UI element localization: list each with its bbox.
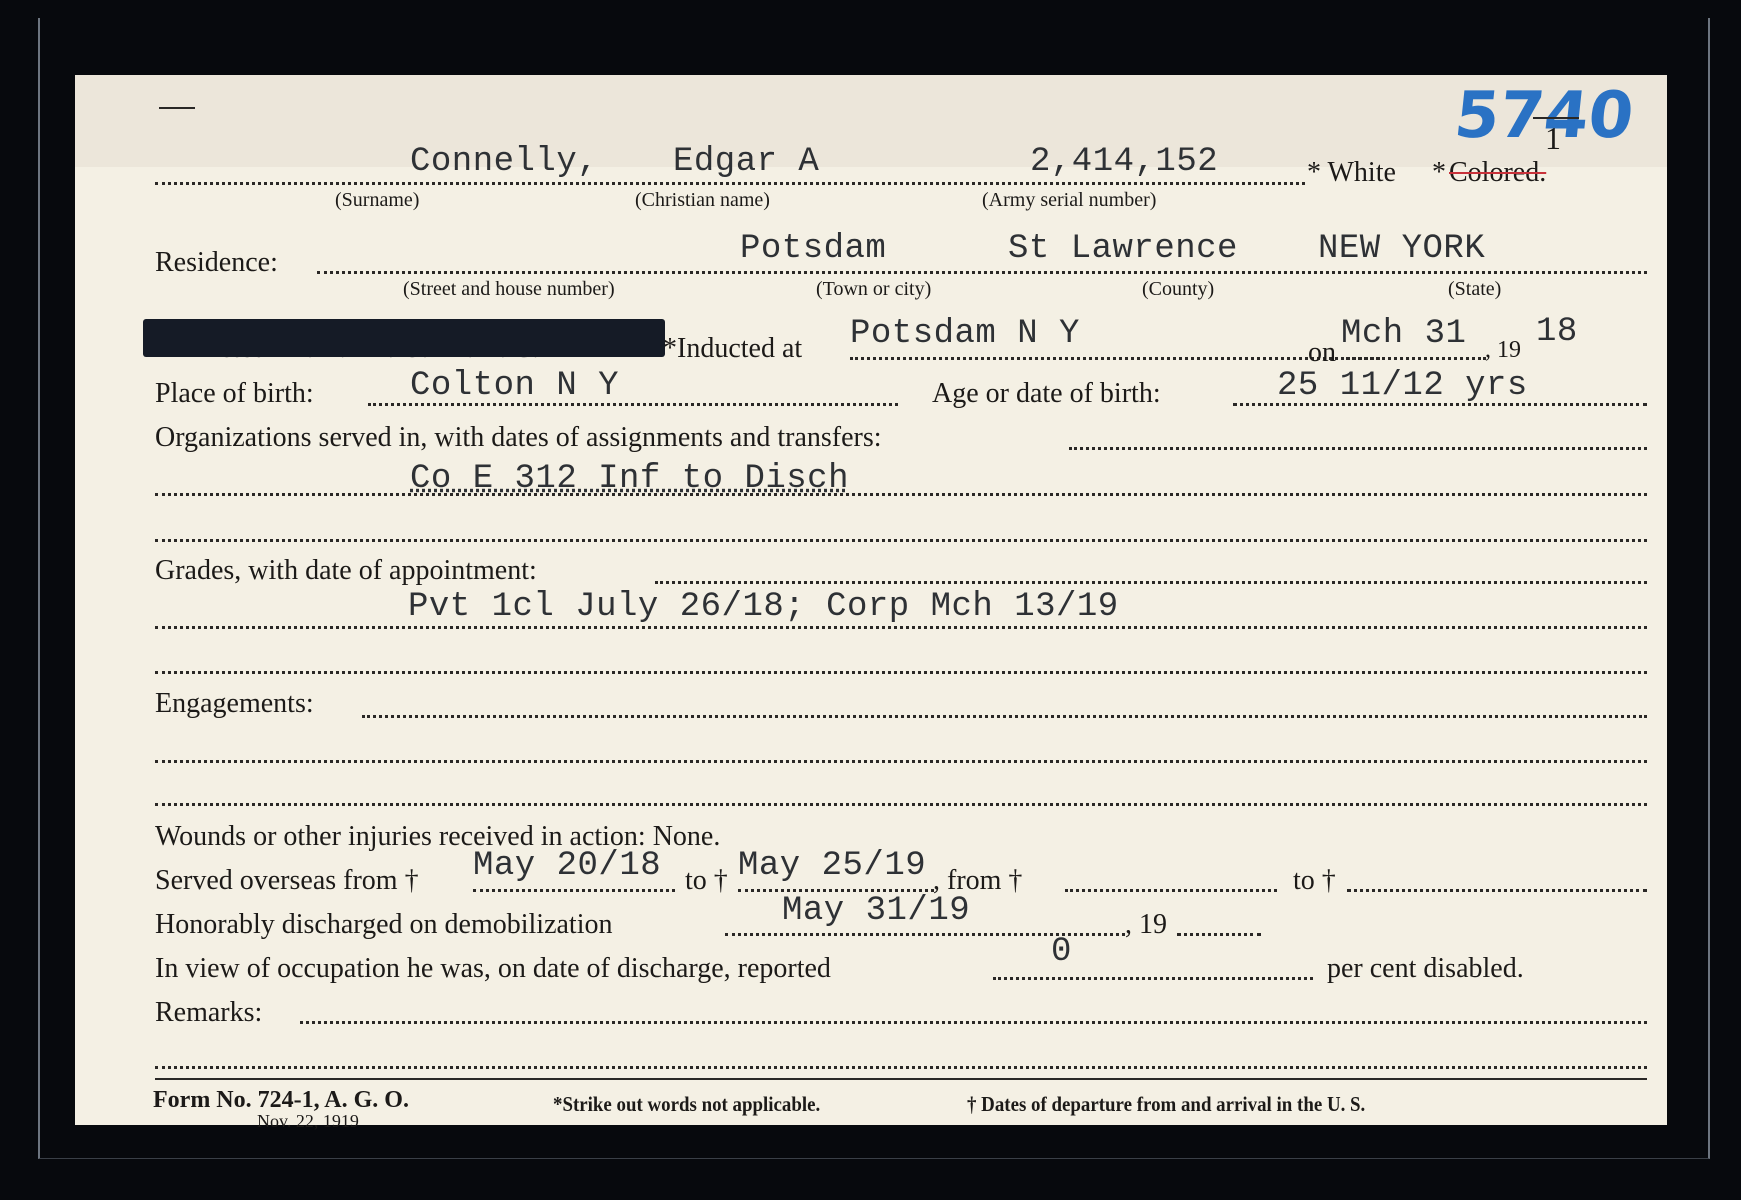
overseas-to2-label: to †	[1293, 865, 1336, 897]
discharge-date-value: May 31/19	[782, 892, 970, 930]
grades-line-3	[155, 671, 1647, 674]
engagements-label: Engagements:	[155, 688, 314, 720]
name-line	[155, 182, 1305, 185]
top-dash-mark	[159, 107, 195, 109]
disability-value: 0	[1051, 933, 1072, 971]
place-of-birth-line	[368, 403, 898, 406]
grades-line-1	[655, 581, 1647, 584]
on-label: on	[1308, 337, 1336, 369]
disability-suffix: per cent disabled.	[1327, 953, 1524, 985]
strike-out-note: *Strike out words not applicable.	[553, 1092, 820, 1117]
surname-value: Connelly,	[410, 143, 598, 181]
inducted-at-label: *Inducted at	[663, 333, 802, 365]
form-number: Form No. 724-1, A. G. O.	[153, 1087, 409, 1114]
disability-line	[993, 977, 1313, 980]
residence-line	[317, 271, 1647, 274]
remarks-line-1	[300, 1021, 1647, 1024]
footer-rule	[155, 1078, 1647, 1080]
inducted-place-value: Potsdam N Y	[850, 315, 1080, 353]
engagements-line-2	[155, 760, 1647, 763]
overseas-to-value: May 25/19	[738, 847, 926, 885]
induction-date-line	[1341, 357, 1486, 360]
organizations-line-2	[155, 493, 1647, 496]
age-label: Age or date of birth:	[932, 378, 1161, 410]
form-date: Nov. 22, 1919	[257, 1111, 359, 1132]
surname-label: (Surname)	[335, 189, 419, 212]
overseas-to2-line	[1347, 889, 1647, 892]
engagements-line-3	[155, 803, 1647, 806]
grades-value: Pvt 1cl July 26/18; Corp Mch 13/19	[408, 588, 1119, 626]
discharge-year-label: , 19	[1125, 909, 1167, 941]
dates-note: † Dates of departure from and arrival in…	[967, 1092, 1365, 1117]
service-record-card: 5740 1 Connelly, Edgar A 2,414,152 * Whi…	[75, 75, 1667, 1125]
place-of-birth-value: Colton N Y	[410, 367, 619, 405]
induction-date-value: Mch 31	[1341, 315, 1466, 353]
discharge-label: Honorably discharged on demobilization	[155, 909, 613, 941]
serial-number-label: (Army serial number)	[982, 189, 1156, 212]
county-label: (County)	[1142, 278, 1214, 301]
state-value: NEW YORK	[1318, 230, 1485, 268]
serial-number-value: 2,414,152	[1030, 143, 1218, 181]
town-value: Potsdam	[740, 230, 886, 268]
organizations-line-3	[155, 539, 1647, 542]
christian-name-label: (Christian name)	[635, 189, 770, 212]
place-of-birth-label: Place of birth:	[155, 378, 314, 410]
overseas-from-line	[473, 889, 675, 892]
remarks-line-2	[155, 1066, 1647, 1069]
colored-label-struck: Colored.	[1449, 157, 1546, 189]
christian-name-value: Edgar A	[673, 143, 819, 181]
age-line	[1233, 403, 1647, 406]
discharge-year-line	[1177, 933, 1261, 936]
grades-line-2	[155, 626, 1647, 629]
state-label: (State)	[1448, 278, 1501, 301]
year-prefix: , 19	[1485, 337, 1521, 364]
engagements-line-1	[362, 715, 1647, 718]
served-overseas-label: Served overseas from †	[155, 865, 419, 897]
corner-fraction: 1	[1545, 120, 1561, 157]
overseas-from-value: May 20/18	[473, 847, 661, 885]
remarks-label: Remarks:	[155, 997, 262, 1029]
overseas-from2-line	[1065, 889, 1277, 892]
white-label: * White	[1307, 157, 1396, 189]
county-value: St Lawrence	[1008, 230, 1238, 268]
grades-label: Grades, with date of appointment:	[155, 555, 537, 587]
redaction-bar	[143, 319, 665, 357]
town-label: (Town or city)	[816, 278, 931, 301]
fraction-bar	[1533, 117, 1579, 119]
age-value: 25 11/12 yrs	[1277, 367, 1528, 405]
inducted-place-line	[850, 357, 1380, 360]
card-header-shading	[75, 75, 1667, 167]
overseas-to-label: to †	[685, 865, 728, 897]
disability-label: In view of occupation he was, on date of…	[155, 953, 831, 985]
residence-label: Residence:	[155, 247, 278, 279]
colored-prefix: *	[1432, 157, 1446, 189]
organizations-label: Organizations served in, with dates of a…	[155, 422, 882, 454]
street-label: (Street and house number)	[403, 278, 615, 301]
organizations-line-1	[1069, 447, 1647, 450]
induction-year-value: 18	[1536, 313, 1578, 351]
